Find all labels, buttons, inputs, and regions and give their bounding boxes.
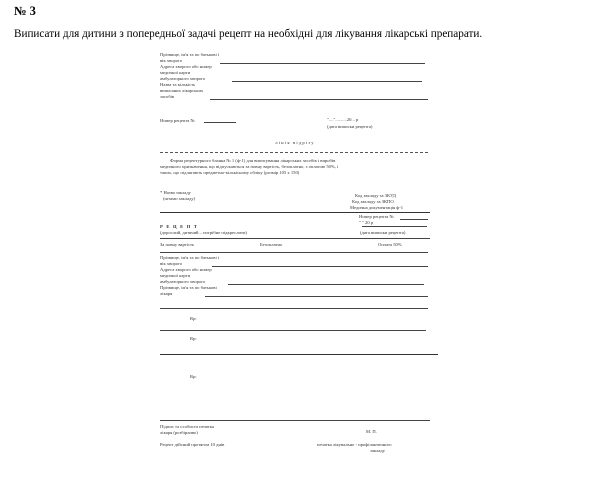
rp-line-3[interactable]: [160, 420, 430, 421]
payment-full[interactable]: За повну вартість: [160, 242, 194, 248]
recipe-number-line[interactable]: [400, 219, 428, 220]
counterfoil-patient-label-1: Прізвище, ім'я та по батькові і: [160, 52, 219, 58]
task-instruction: Виписати для дитини з попередньої задачі…: [14, 28, 482, 40]
signature-label-2: лікаря (розбірливо): [160, 430, 198, 436]
patient-name-label-1: Прізвище, ім'я та по батькові і: [160, 255, 219, 261]
recipe-date: " " 20 р: [359, 220, 373, 226]
counterfoil-patient-line[interactable]: [220, 63, 425, 64]
recipe-date-line[interactable]: [362, 226, 427, 227]
recipe-subtitle: (дорослий, дитячий – потрібне підкреслит…: [160, 230, 247, 236]
institution-stamp-footer-1: печатка лікувально - профілактичного: [317, 442, 392, 448]
counterfoil-drugs-line[interactable]: [210, 99, 428, 100]
cut-line: [160, 152, 428, 153]
doctor-name-label-1: Прізвище, ім'я та по батькові: [160, 285, 217, 291]
doctor-name-line[interactable]: [205, 296, 428, 297]
rp-label-1: Rp:: [190, 316, 197, 322]
signature-label-1: Підпис та особиста печатка: [160, 424, 214, 430]
prescription-form: Прізвище, ім'я та по батькові і вік хвор…: [160, 52, 440, 462]
payment-half[interactable]: Оплата 50%: [378, 242, 402, 248]
counterfoil-patient-label-2: вік хворого: [160, 58, 182, 64]
counterfoil-address-label-3: амбулаторного хворого: [160, 76, 205, 82]
patient-address-label-3: амбулаторного хворого: [160, 279, 205, 285]
form-description-3: таких, що підлягають предметно-кількісно…: [160, 170, 299, 176]
cut-line-label: лінія відрізу: [160, 140, 430, 146]
counterfoil-drugs-label-3: засобів: [160, 94, 174, 100]
validity-label: Рецепт дійсний протягом 10 днів: [160, 442, 224, 448]
divider: [160, 252, 428, 253]
form-description-2: медичного призначення, що відпускаються …: [160, 164, 338, 170]
institution-stamp-label: (штамп закладу): [163, 196, 195, 202]
form-description-1: Форма рецептурного бланка № 1 (ф-1) для …: [170, 158, 335, 164]
payment-free[interactable]: Безоплатно: [260, 242, 282, 248]
counterfoil-drugs-label-2: виписаних лікарських: [160, 88, 203, 94]
rp-line-2[interactable]: [160, 354, 438, 355]
rp-line-1[interactable]: [160, 330, 426, 331]
counterfoil-address-label-2: медичної карти: [160, 70, 190, 76]
divider: [160, 238, 430, 239]
counterfoil-date-caption: (дата виписки рецепта): [327, 124, 372, 130]
code-okud: Код закладу за ЗКУД: [355, 193, 396, 199]
doctor-name-label-2: лікаря: [160, 291, 172, 297]
counterfoil-recipe-number-label: Номер рецепта №: [160, 118, 195, 124]
recipe-date-caption: (дата виписки рецепта): [360, 230, 405, 236]
institution-name-label: * Назва закладу: [160, 190, 191, 196]
rp-label-3: Rp:: [190, 374, 197, 380]
institution-stamp-footer-2: закладу: [370, 448, 385, 454]
seal-label: М. П.: [366, 429, 377, 435]
code-okpo: Код закладу за ЗКПО: [352, 199, 394, 205]
task-number: № 3: [14, 4, 36, 19]
rp-label-2: Rp:: [190, 336, 197, 342]
patient-name-label-2: вік хворого: [160, 261, 182, 267]
counterfoil-address-label-1: Адреса хворого або номер: [160, 64, 212, 70]
counterfoil-drugs-label-1: Назва та кількість: [160, 82, 195, 88]
counterfoil-address-line[interactable]: [232, 81, 422, 82]
patient-name-line[interactable]: [212, 266, 428, 267]
patient-address-label-2: медичної карти: [160, 273, 190, 279]
patient-address-line[interactable]: [228, 284, 424, 285]
patient-address-label-1: Адреса хворого або номер: [160, 267, 212, 273]
divider: [160, 212, 430, 213]
counterfoil-date: "...."..........20... р: [327, 117, 358, 123]
divider: [160, 308, 428, 309]
med-doc: Медична документація ф-1: [350, 205, 403, 211]
recipe-title: Р Е Ц Е П Т: [160, 224, 198, 230]
recipe-number-label: Номер рецепта №: [359, 214, 394, 220]
counterfoil-recipe-number-line[interactable]: [204, 122, 236, 123]
